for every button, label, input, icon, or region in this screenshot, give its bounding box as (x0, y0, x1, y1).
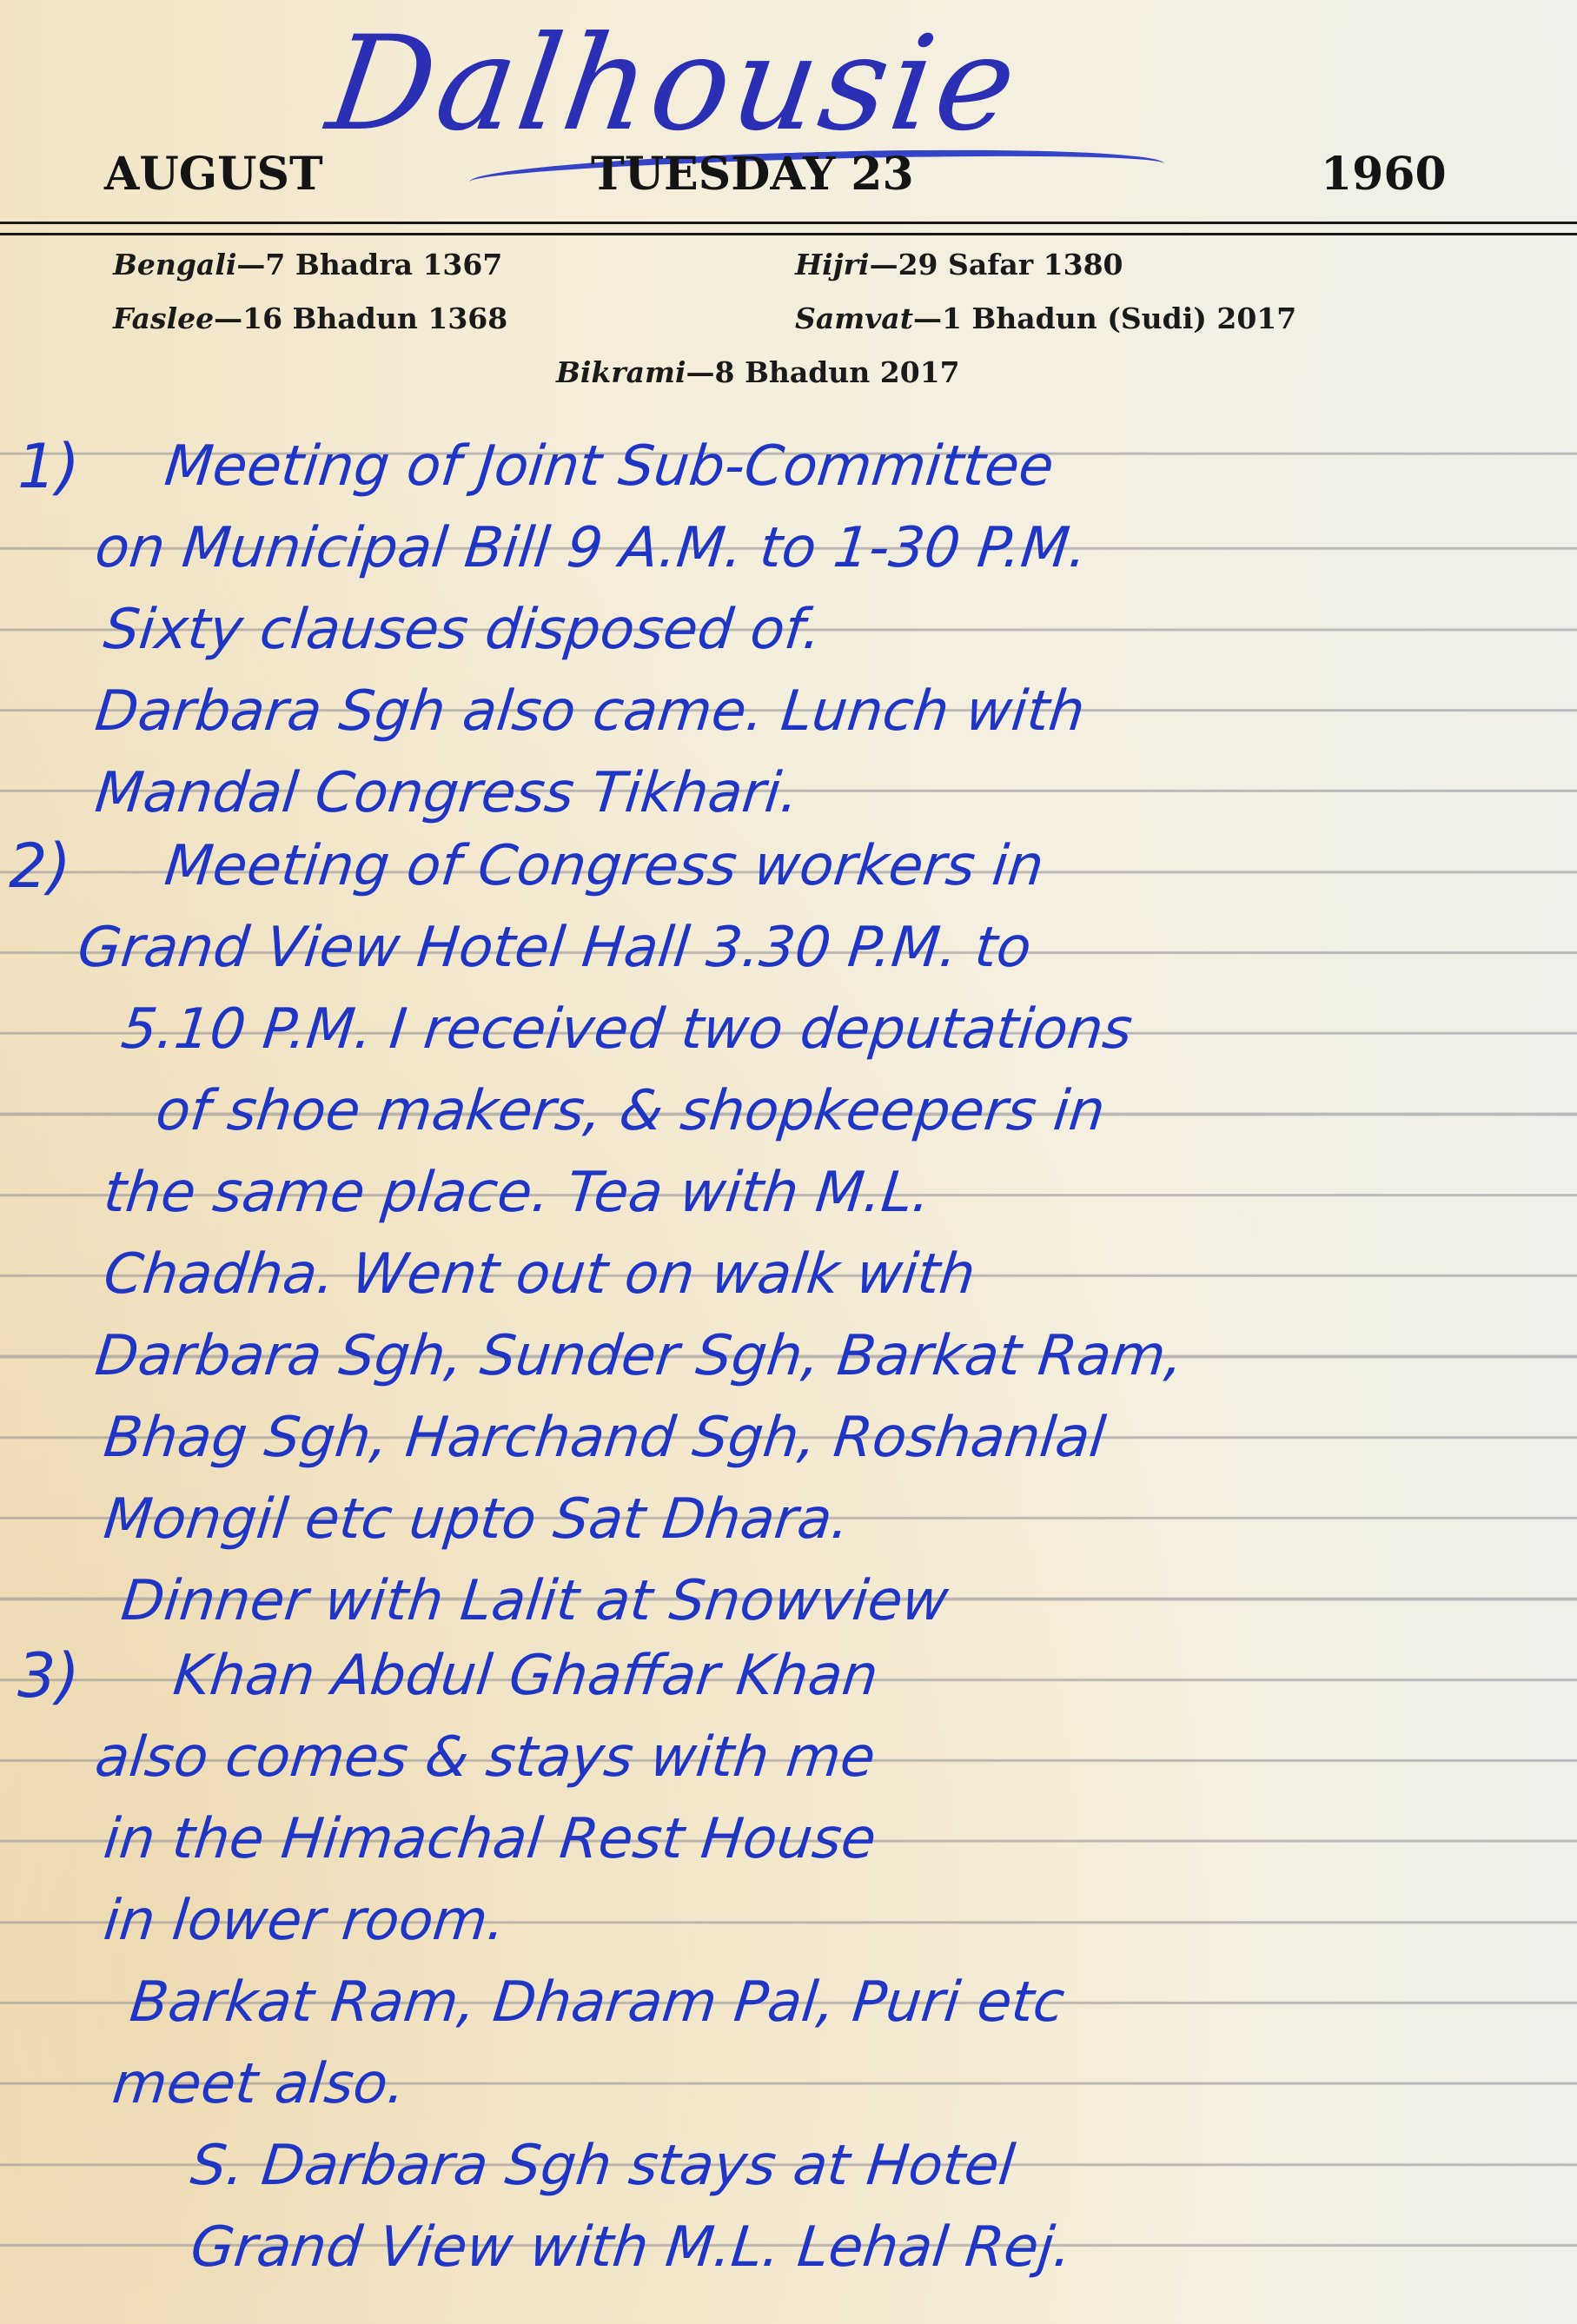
note-line: the same place. Tea with M.L. (100, 1152, 935, 1234)
note-line: Darbara Sgh, Sunder Sgh, Barkat Ram, (91, 1315, 1187, 1397)
calendar-bikrami: Bikrami—8 Bhadun 2017 (556, 355, 960, 389)
year-label: 1960 (1321, 148, 1447, 201)
month-label: AUGUST (104, 148, 323, 201)
calendar-equivalents: Bengali—7 Bhadra 1367 Hijri—29 Safar 138… (0, 248, 1577, 395)
note-line: Meeting of Joint Sub-Committee (161, 426, 1057, 507)
entry-number: 3) (17, 1635, 80, 1717)
diary-page: Dalhousie AUGUST TUESDAY 23 1960 Bengali… (0, 0, 1577, 2324)
note-line: Barkat Ram, Dharam Pal, Puri etc (126, 1962, 1069, 2043)
note-line: in lower room. (100, 1880, 509, 1962)
place-heading: Dalhousie (320, 9, 1028, 160)
note-line: also comes & stays with me (91, 1717, 879, 1798)
note-line: S. Darbara Sgh stays at Hotel (187, 2125, 1018, 2207)
calendar-faslee: Faslee—16 Bhadun 1368 (113, 301, 507, 335)
weekday-day-label: TUESDAY 23 (591, 148, 914, 201)
calendar-hijri: Hijri—29 Safar 1380 (795, 248, 1123, 281)
note-line: 5.10 P.M. I received two deputations (117, 989, 1136, 1070)
note-line: Meeting of Congress workers in (161, 825, 1048, 907)
note-line: on Municipal Bill 9 A.M. to 1-30 P.M. (91, 507, 1091, 589)
note-line: Chadha. Went out on walk with (100, 1234, 979, 1315)
note-line: Grand View with M.L. Lehal Rej. (187, 2207, 1076, 2288)
note-line: Khan Abdul Ghaffar Khan (169, 1635, 882, 1717)
note-line: in the Himachal Rest House (100, 1798, 880, 1880)
date-header: AUGUST TUESDAY 23 1960 (0, 148, 1577, 209)
note-line: Bhag Sgh, Harchand Sgh, Roshanlal (100, 1397, 1110, 1479)
calendar-samvat: Samvat—1 Bhadun (Sudi) 2017 (795, 301, 1296, 335)
note-line: Sixty clauses disposed of. (100, 589, 825, 671)
header-double-rule (0, 222, 1577, 235)
note-line: Mandal Congress Tikhari. (91, 752, 803, 834)
note-line: Grand View Hotel Hall 3.30 P.M. to (74, 907, 1035, 989)
note-line: Mongil etc upto Sat Dhara. (100, 1479, 853, 1560)
note-line: Dinner with Lalit at Snowview (117, 1560, 952, 1642)
entry-number: 2) (9, 825, 71, 907)
note-line: of shoe makers, & shopkeepers in (152, 1070, 1109, 1152)
note-line: meet also. (109, 2043, 409, 2125)
note-line: Darbara Sgh also came. Lunch with (91, 671, 1089, 752)
calendar-bengali: Bengali—7 Bhadra 1367 (113, 248, 502, 281)
entry-number: 1) (17, 426, 80, 507)
